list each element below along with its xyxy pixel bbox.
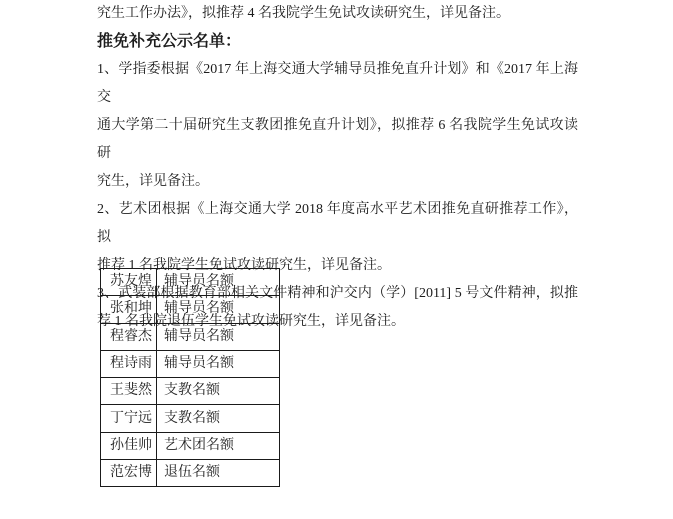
- quota-type-cell: 辅导员名额: [157, 296, 280, 323]
- table-row: 程睿杰辅导员名额: [101, 323, 280, 350]
- student-name-cell: 程睿杰: [101, 323, 157, 350]
- quota-type-cell: 退伍名额: [157, 460, 280, 487]
- student-name-cell: 张和坤: [101, 296, 157, 323]
- table-row: 苏友煌辅导员名额: [101, 269, 280, 296]
- document-page: 究生工作办法》，拟推荐 4 名我院学生免试攻读研究生，详见备注。 推免补充公示名…: [0, 0, 673, 519]
- roster-table-body: 苏友煌辅导员名额张和坤辅导员名额程睿杰辅导员名额程诗雨辅导员名额王斐然支教名额丁…: [101, 269, 280, 487]
- table-row: 王斐然支教名额: [101, 378, 280, 405]
- quota-type-cell: 辅导员名额: [157, 269, 280, 296]
- quota-type-cell: 支教名额: [157, 378, 280, 405]
- paragraph-partial-line: 究生工作办法》，拟推荐 4 名我院学生免试攻读研究生，详见备注。: [97, 0, 578, 28]
- quota-type-cell: 辅导员名额: [157, 350, 280, 377]
- quota-type-cell: 辅导员名额: [157, 323, 280, 350]
- quota-type-cell: 艺术团名额: [157, 432, 280, 459]
- student-name-cell: 范宏博: [101, 460, 157, 487]
- paragraph-line: 通大学第二十届研究生支教团推免直升计划》，拟推荐 6 名我院学生免试攻读研: [97, 112, 578, 168]
- table-row: 张和坤辅导员名额: [101, 296, 280, 323]
- student-name-cell: 孙佳帅: [101, 432, 157, 459]
- table-row: 范宏博退伍名额: [101, 460, 280, 487]
- roster-table: 苏友煌辅导员名额张和坤辅导员名额程睿杰辅导员名额程诗雨辅导员名额王斐然支教名额丁…: [100, 268, 280, 487]
- student-name-cell: 程诗雨: [101, 350, 157, 377]
- paragraph-line: 2、艺术团根据《上海交通大学 2018 年度高水平艺术团推免直研推荐工作》，拟: [97, 196, 578, 252]
- quota-type-cell: 支教名额: [157, 405, 280, 432]
- table-row: 程诗雨辅导员名额: [101, 350, 280, 377]
- table-row: 孙佳帅艺术团名额: [101, 432, 280, 459]
- paragraph-line: 1、学指委根据《2017 年上海交通大学辅导员推免直升计划》和《2017 年上海…: [97, 56, 578, 112]
- section-heading: 推免补充公示名单：: [97, 28, 578, 56]
- paragraph: 1、学指委根据《2017 年上海交通大学辅导员推免直升计划》和《2017 年上海…: [97, 56, 578, 196]
- student-name-cell: 丁宁远: [101, 405, 157, 432]
- table-row: 丁宁远支教名额: [101, 405, 280, 432]
- student-name-cell: 苏友煌: [101, 269, 157, 296]
- student-name-cell: 王斐然: [101, 378, 157, 405]
- paragraph-line: 究生，详见备注。: [97, 168, 578, 196]
